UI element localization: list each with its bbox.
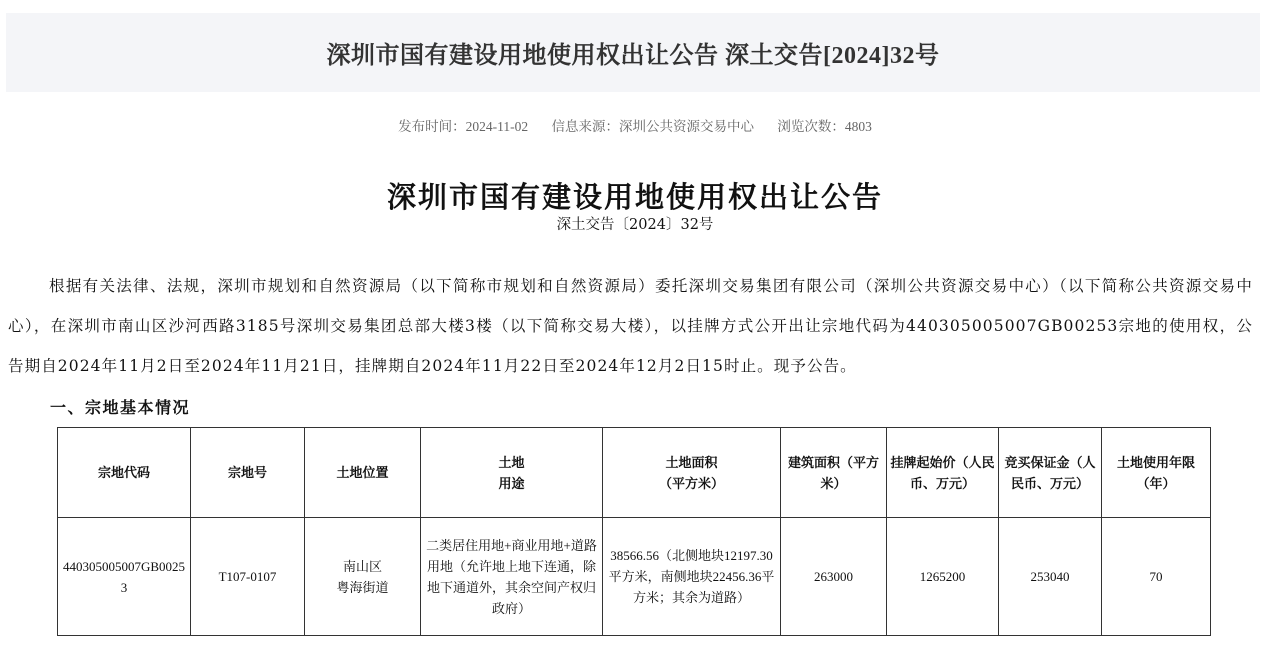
- header-parcel-number: 宗地号: [191, 428, 305, 518]
- cell-parcel-code: 440305005007GB00253: [58, 518, 191, 636]
- parcel-table: 宗地代码 宗地号 土地位置 土地 用途 土地面积 （平方米） 建筑面积（平方米）…: [57, 427, 1211, 636]
- intro-paragraph: 根据有关法律、法规，深圳市规划和自然资源局（以下简称市规划和自然资源局）委托深圳…: [8, 266, 1253, 386]
- source-label: 信息来源：: [552, 119, 620, 134]
- cell-land-use: 二类居住用地+商业用地+道路用地（允许地上地下连通，除地下通道外，其余空间产权归…: [421, 518, 603, 636]
- header-term-years: 土地使用年限（年）: [1102, 428, 1211, 518]
- publish-label: 发布时间：: [398, 119, 466, 134]
- cell-term-years: 70: [1102, 518, 1211, 636]
- cell-parcel-number: T107-0107: [191, 518, 305, 636]
- header-deposit: 竞买保证金（人民币、万元）: [999, 428, 1102, 518]
- page-title: 深圳市国有建设用地使用权出让公告 深土交告[2024]32号: [327, 35, 940, 70]
- views-info: 浏览次数：4803: [777, 119, 872, 134]
- cell-land-area: 38566.56（北侧地块12197.30平方米，南侧地块22456.36平方米…: [603, 518, 781, 636]
- header-parcel-code: 宗地代码: [58, 428, 191, 518]
- section-heading-parcel-info: 一、宗地基本情况: [50, 395, 190, 418]
- header-building-area: 建筑面积（平方米）: [781, 428, 887, 518]
- table-header-row: 宗地代码 宗地号 土地位置 土地 用途 土地面积 （平方米） 建筑面积（平方米）…: [58, 428, 1211, 518]
- header-starting-price: 挂牌起始价（人民币、万元）: [887, 428, 999, 518]
- cell-starting-price: 1265200: [887, 518, 999, 636]
- source-value: 深圳公共资源交易中心: [619, 119, 754, 134]
- publish-date: 2024-11-02: [466, 119, 529, 134]
- publish-info: 发布时间：2024-11-02: [398, 119, 528, 134]
- article-meta: 发布时间：2024-11-02 信息来源：深圳公共资源交易中心 浏览次数：480…: [0, 115, 1270, 135]
- cell-building-area: 263000: [781, 518, 887, 636]
- page-header-bar: 深圳市国有建设用地使用权出让公告 深土交告[2024]32号: [6, 13, 1260, 92]
- document-title: 深圳市国有建设用地使用权出让公告: [0, 175, 1270, 216]
- header-location: 土地位置: [305, 428, 421, 518]
- source-info: 信息来源：深圳公共资源交易中心: [552, 119, 755, 134]
- header-land-use: 土地 用途: [421, 428, 603, 518]
- document-number: 深土交告〔2024〕32号: [0, 213, 1270, 234]
- cell-deposit: 253040: [999, 518, 1102, 636]
- table-row: 440305005007GB00253 T107-0107 南山区 粤海街道 二…: [58, 518, 1211, 636]
- cell-location: 南山区 粤海街道: [305, 518, 421, 636]
- views-label: 浏览次数：: [777, 119, 845, 134]
- views-count: 4803: [845, 119, 872, 134]
- header-land-area: 土地面积 （平方米）: [603, 428, 781, 518]
